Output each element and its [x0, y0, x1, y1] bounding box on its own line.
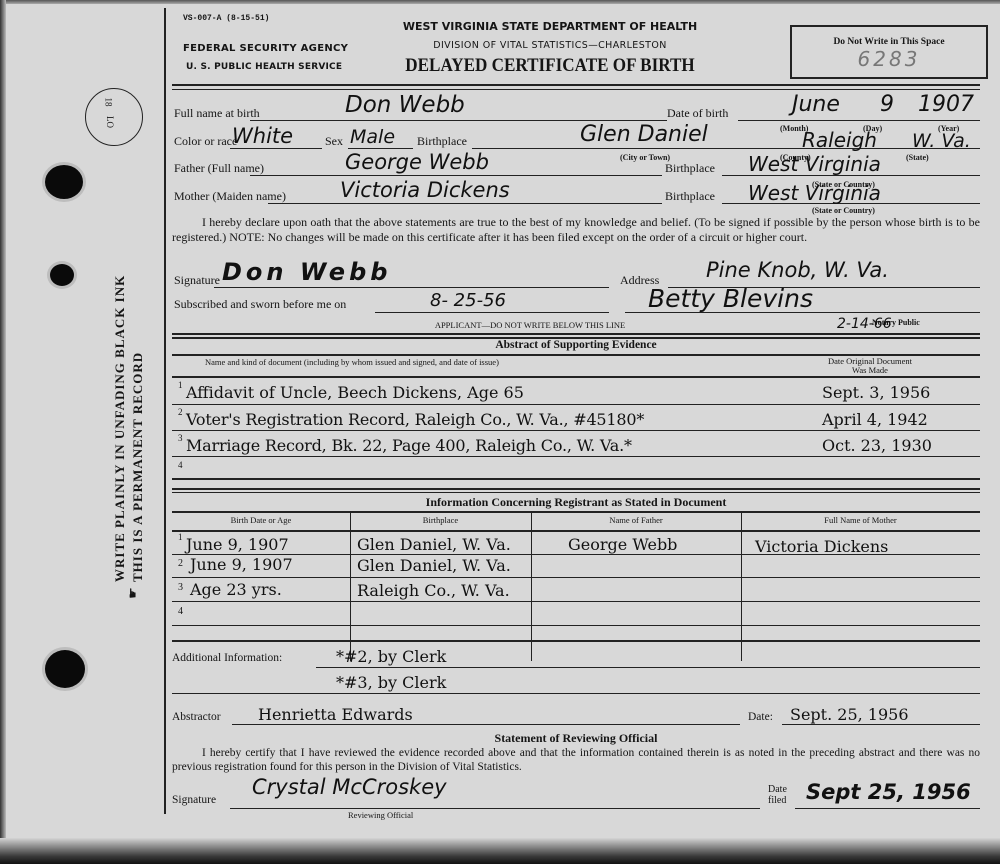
info-col-divider	[741, 511, 742, 661]
birthplace-city-value[interactable]: Glen Daniel	[580, 122, 708, 147]
abstract-date-line	[782, 724, 980, 725]
abstract-row-rule	[172, 456, 980, 457]
stamp-text: LO	[105, 116, 115, 128]
father-line	[250, 175, 662, 176]
scan-edge-left	[0, 0, 6, 864]
sworn-date-line	[375, 312, 609, 313]
state-caption: (State)	[906, 153, 929, 162]
mother-value[interactable]: Victoria Dickens	[340, 178, 510, 202]
info-row-rule	[172, 554, 980, 555]
applicant-boundary-note: APPLICANT—DO NOT WRITE BELOW THIS LINE	[330, 320, 730, 330]
date-filed-value[interactable]: Sept 25, 1956	[806, 780, 971, 804]
info-row-rule	[172, 577, 980, 578]
info-row-birthplace: Glen Daniel, W. Va.	[357, 535, 511, 554]
abstract-date-label: Date:	[748, 711, 773, 723]
abstract-col-date: Date Original Document Was Made	[800, 357, 940, 375]
margin-rule	[164, 8, 166, 814]
stamp-text: 18	[104, 98, 114, 107]
abstractor-line	[232, 724, 740, 725]
applicant-signature-line	[214, 287, 609, 288]
birthplace-county-value[interactable]: Raleigh	[802, 128, 877, 152]
abstract-row-rule	[172, 430, 980, 431]
info-top-rule-2	[172, 492, 980, 493]
info-header-mother: Full Name of Mother	[741, 515, 980, 525]
applicant-signature-label: Signature	[174, 273, 220, 288]
abstract-row-number: 1	[178, 380, 183, 390]
mother-line	[268, 203, 662, 204]
abstract-title: Abstract of Supporting Evidence	[172, 339, 980, 351]
sworn-label: Subscribed and sworn before me on	[174, 297, 346, 312]
mother-state-country-caption: (State or Country)	[812, 206, 875, 215]
birthplace-state-value[interactable]: W. Va.	[912, 130, 971, 152]
abstract-bottom-rule	[172, 478, 980, 480]
info-row-number: 3	[178, 582, 183, 593]
father-birthplace-label: Birthplace	[665, 161, 715, 176]
mother-birthplace-value[interactable]: West Virginia	[748, 181, 881, 205]
notary-extra-value: 2-14-66	[837, 316, 892, 332]
scan-edge-bottom	[0, 838, 1000, 864]
dob-month-value[interactable]: June	[792, 92, 840, 117]
address-value[interactable]: Pine Knob, W. Va.	[706, 258, 889, 282]
certificate-title: DELAYED CERTIFICATE OF BIRTH	[388, 55, 712, 77]
full-name-line	[250, 120, 667, 121]
info-top-rule	[172, 488, 980, 490]
dob-line	[738, 120, 980, 121]
dob-label: Date of birth	[667, 106, 728, 121]
info-row-number: 2	[178, 558, 183, 569]
info-col-divider	[531, 511, 532, 661]
sex-line	[348, 148, 413, 149]
info-header-father: Name of Father	[531, 515, 741, 525]
abstract-col-document: Name and kind of document (including by …	[205, 357, 499, 367]
abstract-row-date: Oct. 23, 1930	[822, 436, 932, 455]
additional-info-line-2	[172, 693, 980, 694]
sex-value[interactable]: Male	[350, 126, 395, 148]
info-title: Information Concerning Registrant as Sta…	[172, 495, 980, 510]
city-caption: (City or Town)	[620, 153, 670, 162]
father-label: Father (Full name)	[174, 161, 264, 176]
department-name: WEST VIRGINIA STATE DEPARTMENT OF HEALTH	[370, 20, 730, 33]
abstract-row-document: Marriage Record, Bk. 22, Page 400, Ralei…	[186, 436, 632, 455]
race-label: Color or race	[174, 134, 237, 149]
pointing-hand-icon: ☛	[125, 587, 141, 599]
father-birthplace-value[interactable]: West Virginia	[748, 152, 881, 176]
abstract-header-rule	[172, 376, 980, 378]
abstract-col-date-line2: Was Made	[800, 366, 940, 375]
punch-hole-bottom	[45, 650, 85, 688]
info-bottom-rule	[172, 640, 980, 642]
review-text: I hereby certify that I have reviewed th…	[172, 746, 980, 774]
info-row-number: 4	[178, 606, 183, 617]
notary-signature-value[interactable]: Betty Blevins	[648, 284, 813, 313]
certificate-number: 6283	[792, 47, 986, 71]
dob-year-value[interactable]: 1907	[918, 92, 974, 117]
header-divider-thin	[172, 89, 980, 90]
full-name-label: Full name at birth	[174, 106, 260, 121]
abstract-row-document: Voter's Registration Record, Raleigh Co.…	[186, 410, 644, 429]
race-value[interactable]: White	[232, 124, 293, 148]
received-stamp: 18 LO	[85, 88, 143, 146]
abstractor-label: Abstractor	[172, 711, 221, 723]
race-line	[230, 148, 322, 149]
review-signature-value[interactable]: Crystal McCroskey	[252, 775, 447, 799]
info-row-birth: Age 23 yrs.	[190, 580, 282, 599]
abstractor-value[interactable]: Henrietta Edwards	[258, 705, 413, 724]
scan-edge-top	[0, 0, 1000, 4]
sworn-date-value[interactable]: 8- 25-56	[430, 290, 506, 311]
abstract-row-rule	[172, 404, 980, 405]
info-title-rule	[172, 511, 980, 513]
birthplace-line	[472, 148, 980, 149]
abstract-row-document: Affidavit of Uncle, Beech Dickens, Age 6…	[186, 383, 524, 402]
additional-info-value-2[interactable]: *#3, by Clerk	[336, 673, 446, 692]
info-row-birthplace: Glen Daniel, W. Va.	[357, 556, 511, 575]
additional-info-label: Additional Information:	[172, 652, 282, 664]
service-name: U. S. PUBLIC HEALTH SERVICE	[186, 62, 342, 72]
agency-name: FEDERAL SECURITY AGENCY	[183, 43, 348, 54]
ink-notice: WRITE PLAINLY IN UNFADING BLACK INK	[112, 275, 128, 582]
review-signature-label: Signature	[172, 794, 216, 806]
additional-info-line-1	[316, 667, 980, 668]
certificate-page: 18 LO WRITE PLAINLY IN UNFADING BLACK IN…	[0, 0, 1000, 864]
full-name-value[interactable]: Don Webb	[345, 92, 465, 118]
info-row-father: George Webb	[568, 535, 677, 554]
applicant-signature-value[interactable]: Don Webb	[222, 258, 391, 286]
mother-label: Mother (Maiden name)	[174, 189, 286, 204]
office-use-box: Do Not Write in This Space 6283	[790, 25, 988, 79]
info-header-birth: Birth Date or Age	[172, 515, 350, 525]
punch-hole-middle	[50, 264, 74, 286]
reviewing-official-caption: Reviewing Official	[348, 810, 413, 820]
birthplace-label: Birthplace	[417, 134, 467, 149]
info-row-number: 1	[178, 532, 183, 542]
punch-hole-top	[45, 165, 83, 199]
abstract-row-number: 3	[178, 433, 183, 443]
info-row-birth: June 9, 1907	[190, 555, 293, 574]
info-header-rule	[172, 530, 980, 532]
oath-text: I hereby declare upon oath that the abov…	[172, 215, 980, 245]
dob-day-value[interactable]: 9	[880, 92, 894, 117]
additional-info-value-1[interactable]: *#2, by Clerk	[336, 647, 446, 666]
date-filed-label-line1: Date	[768, 784, 787, 795]
info-row-rule	[172, 625, 980, 626]
info-col-divider	[350, 511, 351, 661]
father-value[interactable]: George Webb	[345, 150, 489, 174]
abstract-row-date: Sept. 3, 1956	[822, 383, 930, 402]
abstract-row-date: April 4, 1942	[822, 410, 928, 429]
office-use-label: Do Not Write in This Space	[792, 37, 986, 47]
abstract-date-value[interactable]: Sept. 25, 1956	[790, 705, 909, 724]
info-row-birth: June 9, 1907	[186, 535, 289, 554]
abstract-row-number: 4	[178, 460, 183, 470]
info-header-birthplace: Birthplace	[350, 515, 531, 525]
review-title: Statement of Reviewing Official	[172, 731, 980, 746]
date-filed-label-line2: filed	[768, 795, 787, 806]
abstract-row-number: 2	[178, 407, 183, 417]
header-divider	[172, 84, 980, 86]
mother-birthplace-label: Birthplace	[665, 189, 715, 204]
permanent-record-notice: THIS IS A PERMANENT RECORD	[130, 352, 146, 582]
info-row-rule	[172, 601, 980, 602]
form-code: VS-007-A (8-15-51)	[183, 14, 269, 23]
applicant-divider	[172, 333, 980, 335]
review-signature-line	[230, 808, 760, 809]
date-filed-line	[795, 808, 980, 809]
date-filed-label: Date filed	[768, 784, 787, 806]
sex-label: Sex	[325, 134, 343, 149]
division-name: DIVISION OF VITAL STATISTICS—CHARLESTON	[380, 40, 720, 51]
info-row-birthplace: Raleigh Co., W. Va.	[357, 581, 510, 600]
